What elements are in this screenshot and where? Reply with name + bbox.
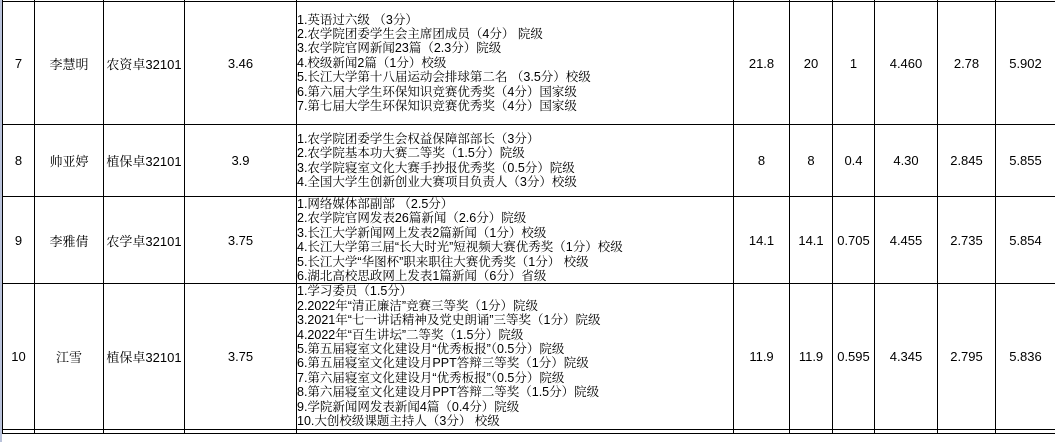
achievement-item: 3.农学院寝室文化大赛手抄报优秀奖（0.5分）院级 — [297, 161, 733, 175]
class-cell[interactable]: 农学卓32101 — [104, 197, 185, 284]
value-cell[interactable]: 20 — [790, 2, 833, 125]
achievement-item: 6.第六届大学生环保知识竞赛优秀奖（4分）国家级 — [297, 85, 733, 99]
achievement-item: 6.湖北高校思政网上发表1篇新闻（6分）省级 — [297, 269, 733, 283]
empty-cell — [3, 429, 35, 433]
value-cell[interactable]: 2.845 — [938, 125, 996, 197]
achievements-cell[interactable]: 1.学习委员（1.5分） 2.2022年“清正廉洁”竞赛三等奖（1分）院级 3.… — [297, 284, 734, 429]
score-cell[interactable]: 3.75 — [185, 284, 297, 429]
table-row: 10 江雪 植保卓32101 3.75 1.学习委员（1.5分） 2.2022年… — [3, 284, 1055, 429]
achievement-item: 4.校级新闻2篇（1分）校级 — [297, 56, 733, 70]
achievement-item: 4.全国大学生创新创业大赛项目负责人（3分）校级 — [297, 175, 733, 189]
value-cell[interactable]: 8 — [790, 125, 833, 197]
value-cell[interactable]: 5.854 — [996, 197, 1055, 284]
value-cell[interactable]: 14.1 — [734, 197, 790, 284]
achievement-item: 2.农学院团委学生会主席团成员（4分） 院级 — [297, 27, 733, 41]
empty-cell — [996, 429, 1055, 433]
value-cell[interactable]: 4.30 — [875, 125, 938, 197]
value-cell[interactable]: 4.345 — [875, 284, 938, 429]
achievements-cell[interactable]: 1.英语过六级 （3分） 2.农学院团委学生会主席团成员（4分） 院级 3.农学… — [297, 2, 734, 125]
empty-cell — [790, 429, 833, 433]
value-cell[interactable]: 0.595 — [833, 284, 875, 429]
student-name-cell[interactable]: 江雪 — [35, 284, 104, 429]
empty-cell — [35, 429, 104, 433]
achievement-item: 5.长江大学第十八届运动会排球第二名 （3.5分）校级 — [297, 70, 733, 84]
achievement-item: 7.第六届寝室文化建设月“优秀板报”（0.5分）院级 — [297, 371, 733, 385]
achievement-item: 3.长江大学新闻网上发表2篇新闻（1分）校级 — [297, 226, 733, 240]
value-cell[interactable]: 21.8 — [734, 2, 790, 125]
achievement-item: 3.2021年“七一讲话精神及党史朗诵”三等奖（1分）院级 — [297, 313, 733, 327]
value-cell[interactable]: 14.1 — [790, 197, 833, 284]
value-cell[interactable]: 2.735 — [938, 197, 996, 284]
table-row: 8 帅亚婷 植保卓32101 3.9 1.农学院团委学生会权益保障部部长（3分）… — [3, 125, 1055, 197]
class-cell[interactable]: 植保卓32101 — [104, 284, 185, 429]
score-cell[interactable]: 3.75 — [185, 197, 297, 284]
achievement-item: 3.农学院官网新闻23篇（2.3分）院级 — [297, 41, 733, 55]
value-cell[interactable]: 11.9 — [734, 284, 790, 429]
achievement-item: 1.英语过六级 （3分） — [297, 13, 733, 27]
score-cell[interactable]: 3.46 — [185, 2, 297, 125]
empty-cell — [297, 429, 734, 433]
achievement-item: 4.2022年“百生讲坛”二等奖（1.5分）院级 — [297, 328, 733, 342]
value-cell[interactable]: 5.855 — [996, 125, 1055, 197]
value-cell[interactable]: 5.836 — [996, 284, 1055, 429]
empty-cell — [104, 429, 185, 433]
class-cell[interactable]: 植保卓32101 — [104, 125, 185, 197]
achievement-item: 6.第五届寝室文化建设月PPT答辩三等奖（1分）院级 — [297, 356, 733, 370]
value-cell[interactable]: 0.4 — [833, 125, 875, 197]
value-cell[interactable]: 8 — [734, 125, 790, 197]
student-name-cell[interactable]: 李雅倩 — [35, 197, 104, 284]
achievements-cell[interactable]: 1.网络媒体部副部 （2.5分） 2.农学院官网发表26篇新闻（2.6分）院级 … — [297, 197, 734, 284]
achievements-cell[interactable]: 1.农学院团委学生会权益保障部部长（3分） 2.农学院基本功大赛二等奖（1.5分… — [297, 125, 734, 197]
row-number-cell[interactable]: 10 — [3, 284, 35, 429]
empty-cell — [875, 429, 938, 433]
score-cell[interactable]: 3.9 — [185, 125, 297, 197]
empty-cell — [833, 429, 875, 433]
empty-cell — [734, 429, 790, 433]
achievement-item: 5.第五届寝室文化建设月“优秀板报”（0.5分）院级 — [297, 342, 733, 356]
achievement-item: 2.农学院官网发表26篇新闻（2.6分）院级 — [297, 211, 733, 225]
value-cell[interactable]: 11.9 — [790, 284, 833, 429]
value-cell[interactable]: 4.455 — [875, 197, 938, 284]
achievement-item: 1.网络媒体部副部 （2.5分） — [297, 197, 733, 211]
row-number-cell[interactable]: 8 — [3, 125, 35, 197]
class-cell[interactable]: 农资卓32101 — [104, 2, 185, 125]
achievement-item: 4.长江大学第三届“长大时光”短视频大赛优秀奖（1分）校级 — [297, 240, 733, 254]
achievement-item: 2.农学院基本功大赛二等奖（1.5分）院级 — [297, 146, 733, 160]
achievement-item: 5.长江大学“华图杯”职来职往大赛优秀奖（1分） 校级 — [297, 255, 733, 269]
value-cell[interactable]: 1 — [833, 2, 875, 125]
evaluation-table: 7 李慧明 农资卓32101 3.46 1.英语过六级 （3分） 2.农学院团委… — [2, 0, 1055, 434]
table-row: 9 李雅倩 农学卓32101 3.75 1.网络媒体部副部 （2.5分） 2.农… — [3, 197, 1055, 284]
achievement-item: 2.2022年“清正廉洁”竞赛三等奖（1分）院级 — [297, 299, 733, 313]
row-number-cell[interactable]: 9 — [3, 197, 35, 284]
row-number-cell[interactable]: 7 — [3, 2, 35, 125]
clipped-row-bottom — [3, 429, 1055, 433]
spreadsheet-view: 7 李慧明 农资卓32101 3.46 1.英语过六级 （3分） 2.农学院团委… — [0, 0, 1055, 442]
student-name-cell[interactable]: 帅亚婷 — [35, 125, 104, 197]
achievement-item: 8.第六届寝室文化建设月PPT答辩二等奖（1.5分）院级 — [297, 385, 733, 399]
value-cell[interactable]: 2.78 — [938, 2, 996, 125]
achievement-item: 1.学习委员（1.5分） — [297, 284, 733, 298]
value-cell[interactable]: 2.795 — [938, 284, 996, 429]
value-cell[interactable]: 5.902 — [996, 2, 1055, 125]
empty-cell — [938, 429, 996, 433]
achievement-item: 7.第七届大学生环保知识竞赛优秀奖（4分）国家级 — [297, 99, 733, 113]
achievement-item: 1.农学院团委学生会权益保障部部长（3分） — [297, 132, 733, 146]
empty-cell — [185, 429, 297, 433]
student-name-cell[interactable]: 李慧明 — [35, 2, 104, 125]
value-cell[interactable]: 0.705 — [833, 197, 875, 284]
value-cell[interactable]: 4.460 — [875, 2, 938, 125]
achievement-item: 10.大创校级课题主持人（3分） 校级 — [297, 414, 733, 428]
achievement-item: 9.学院新闻网发表新闻4篇（0.4分）院级 — [297, 400, 733, 414]
table-row: 7 李慧明 农资卓32101 3.46 1.英语过六级 （3分） 2.农学院团委… — [3, 2, 1055, 125]
